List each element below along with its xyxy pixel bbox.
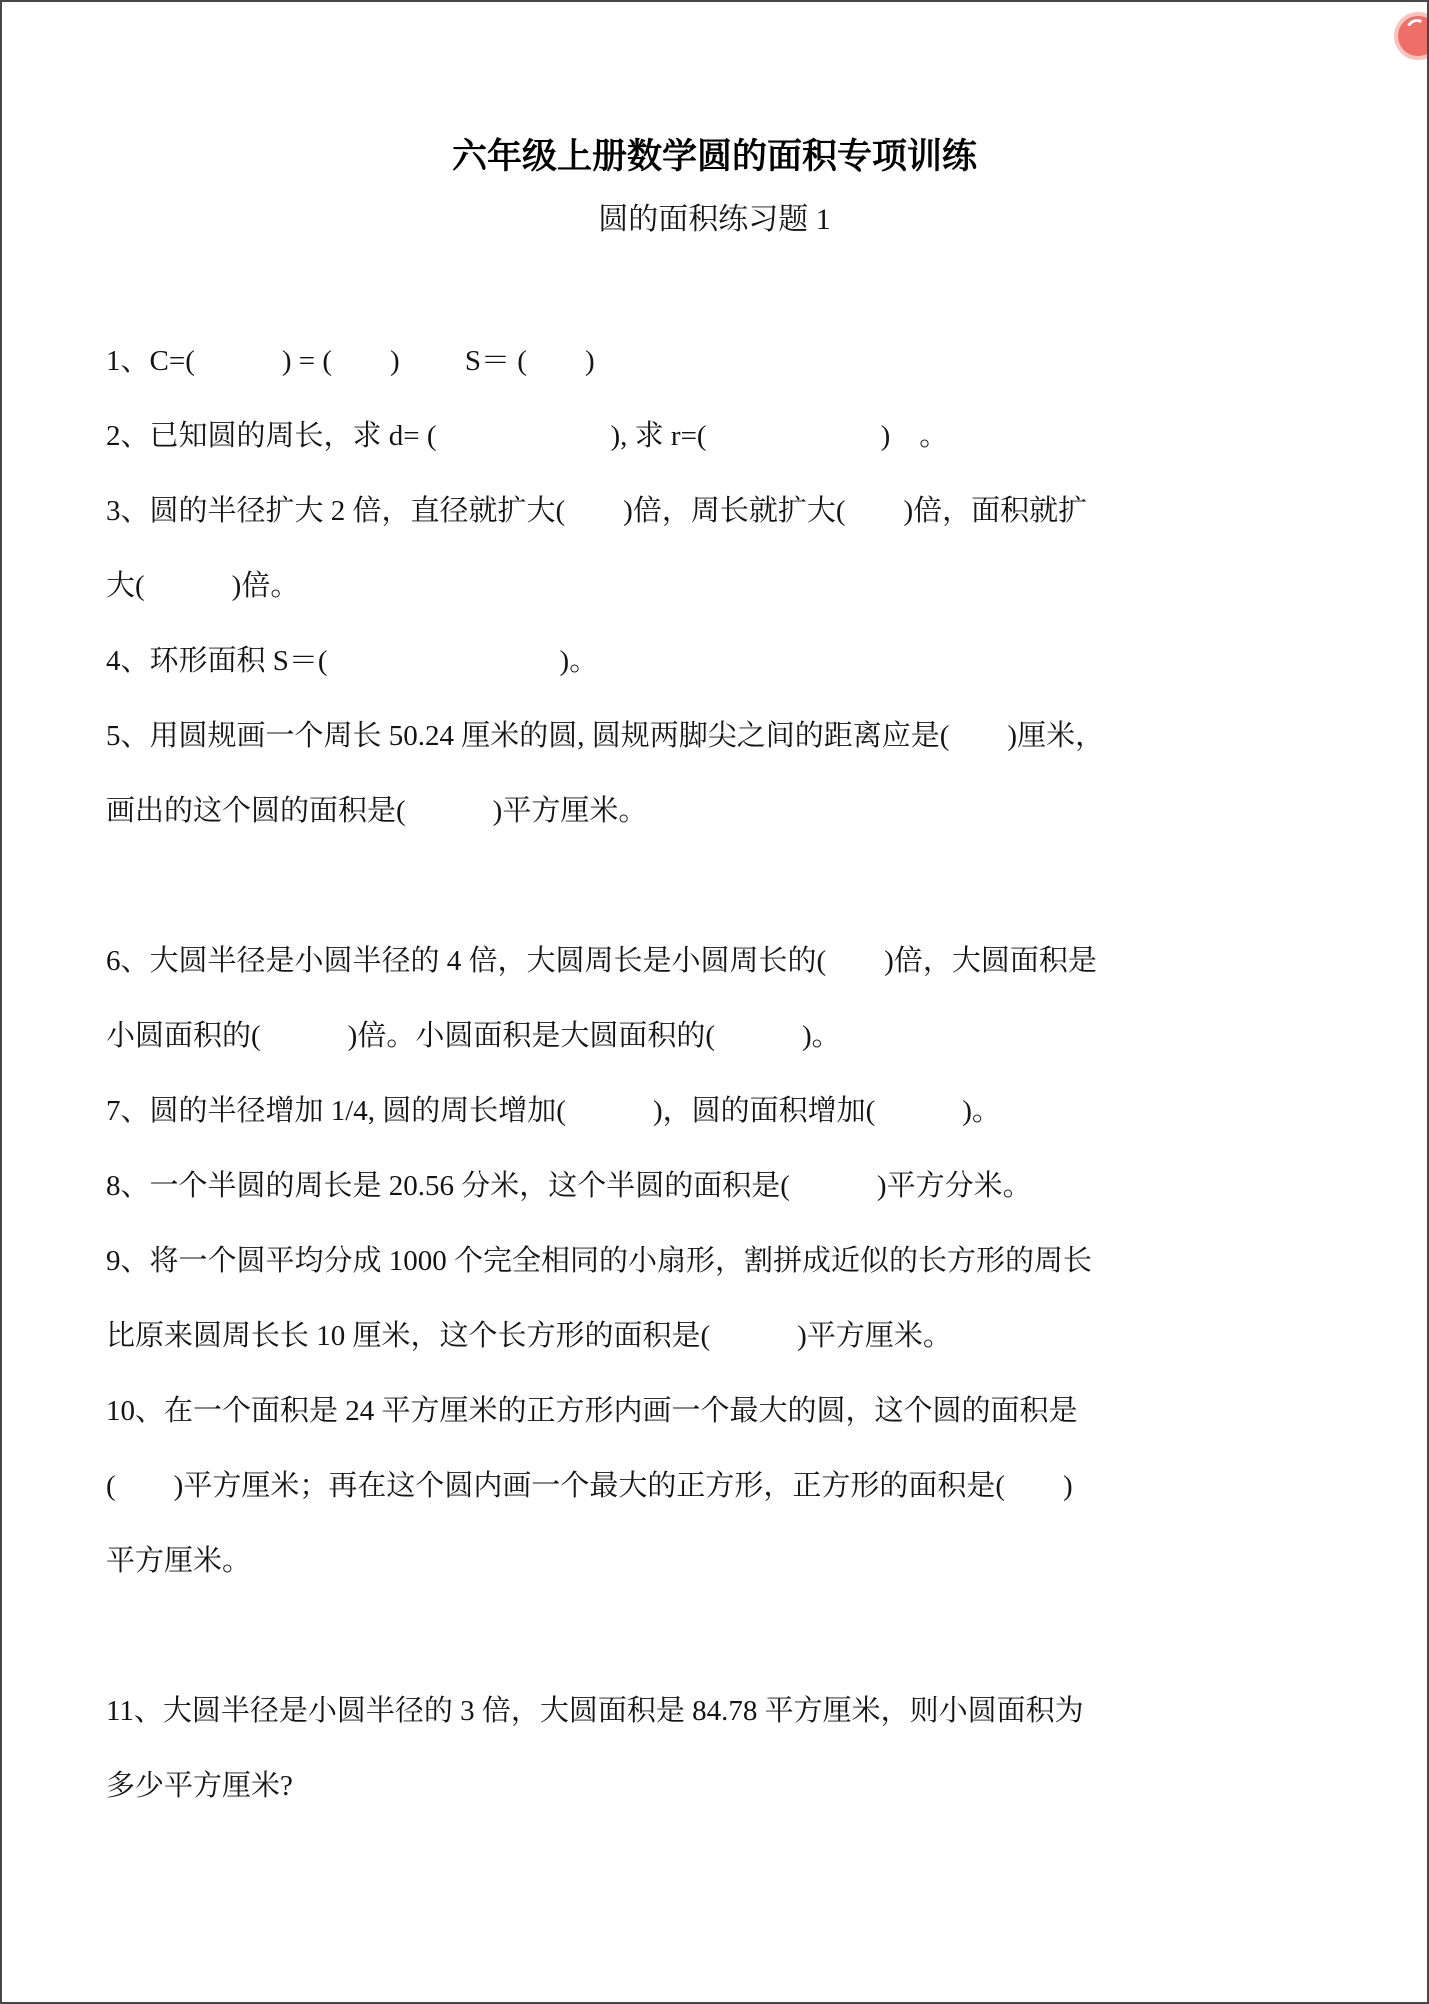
question-line: 5、用圆规画一个周长 50.24 厘米的圆, 圆规两脚尖之间的距离应是( )厘米… xyxy=(106,699,1327,774)
question-line: 11、大圆半径是小圆半径的 3 倍，大圆面积是 84.78 平方厘米，则小圆面积… xyxy=(106,1674,1327,1749)
question-line: 9、将一个圆平均分成 1000 个完全相同的小扇形，割拼成近似的长方形的周长 xyxy=(106,1224,1327,1299)
question-line: 比原来圆周长长 10 厘米，这个长方形的面积是( )平方厘米。 xyxy=(106,1299,1327,1374)
question: 1、C=( ) = ( ) S＝ ( ) xyxy=(106,324,1327,399)
question: 4、环形面积 S＝( )。 xyxy=(106,624,1327,699)
questions-list: 1、C=( ) = ( ) S＝ ( )2、已知圆的周长，求 d= ( ), 求… xyxy=(2,324,1427,1824)
badge-highlight-icon xyxy=(1403,16,1429,44)
question-line: 1、C=( ) = ( ) S＝ ( ) xyxy=(106,324,1327,399)
floating-badge[interactable] xyxy=(1394,12,1429,60)
question-line: 大( )倍。 xyxy=(106,549,1327,624)
question: 2、已知圆的周长，求 d= ( ), 求 r=( ) 。 xyxy=(106,399,1327,474)
question-line: 多少平方厘米? xyxy=(106,1749,1327,1824)
question-line: 3、圆的半径扩大 2 倍，直径就扩大( )倍，周长就扩大( )倍，面积就扩 xyxy=(106,474,1327,549)
question: 5、用圆规画一个周长 50.24 厘米的圆, 圆规两脚尖之间的距离应是( )厘米… xyxy=(106,699,1327,849)
question: 11、大圆半径是小圆半径的 3 倍，大圆面积是 84.78 平方厘米，则小圆面积… xyxy=(106,1674,1327,1824)
question-line: 画出的这个圆的面积是( )平方厘米。 xyxy=(106,774,1327,849)
question-line: 7、圆的半径增加 1/4, 圆的周长增加( )，圆的面积增加( )。 xyxy=(106,1074,1327,1149)
question-line: 10、在一个面积是 24 平方厘米的正方形内画一个最大的圆，这个圆的面积是 xyxy=(106,1374,1327,1449)
question: 6、大圆半径是小圆半径的 4 倍，大圆周长是小圆周长的( )倍，大圆面积是小圆面… xyxy=(106,924,1327,1074)
page-title: 六年级上册数学圆的面积专项训练 xyxy=(2,136,1427,178)
question-line: 平方厘米。 xyxy=(106,1524,1327,1599)
question: 10、在一个面积是 24 平方厘米的正方形内画一个最大的圆，这个圆的面积是( )… xyxy=(106,1374,1327,1599)
page-subtitle: 圆的面积练习题 1 xyxy=(2,200,1427,240)
question-line: 8、一个半圆的周长是 20.56 分米，这个半圆的面积是( )平方分米。 xyxy=(106,1149,1327,1224)
question-line: ( )平方厘米；再在这个圆内画一个最大的正方形，正方形的面积是( ) xyxy=(106,1449,1327,1524)
question-line: 2、已知圆的周长，求 d= ( ), 求 r=( ) 。 xyxy=(106,399,1327,474)
question-line: 4、环形面积 S＝( )。 xyxy=(106,624,1327,699)
question: 3、圆的半径扩大 2 倍，直径就扩大( )倍，周长就扩大( )倍，面积就扩大( … xyxy=(106,474,1327,624)
paragraph-gap xyxy=(106,1599,1327,1674)
question: 7、圆的半径增加 1/4, 圆的周长增加( )，圆的面积增加( )。 xyxy=(106,1074,1327,1149)
question-line: 小圆面积的( )倍。小圆面积是大圆面积的( )。 xyxy=(106,999,1327,1074)
question-line: 6、大圆半径是小圆半径的 4 倍，大圆周长是小圆周长的( )倍，大圆面积是 xyxy=(106,924,1327,999)
paragraph-gap xyxy=(106,849,1327,924)
worksheet-page: 六年级上册数学圆的面积专项训练 圆的面积练习题 1 1、C=( ) = ( ) … xyxy=(0,0,1429,2004)
question: 8、一个半圆的周长是 20.56 分米，这个半圆的面积是( )平方分米。 xyxy=(106,1149,1327,1224)
question: 9、将一个圆平均分成 1000 个完全相同的小扇形，割拼成近似的长方形的周长比原… xyxy=(106,1224,1327,1374)
